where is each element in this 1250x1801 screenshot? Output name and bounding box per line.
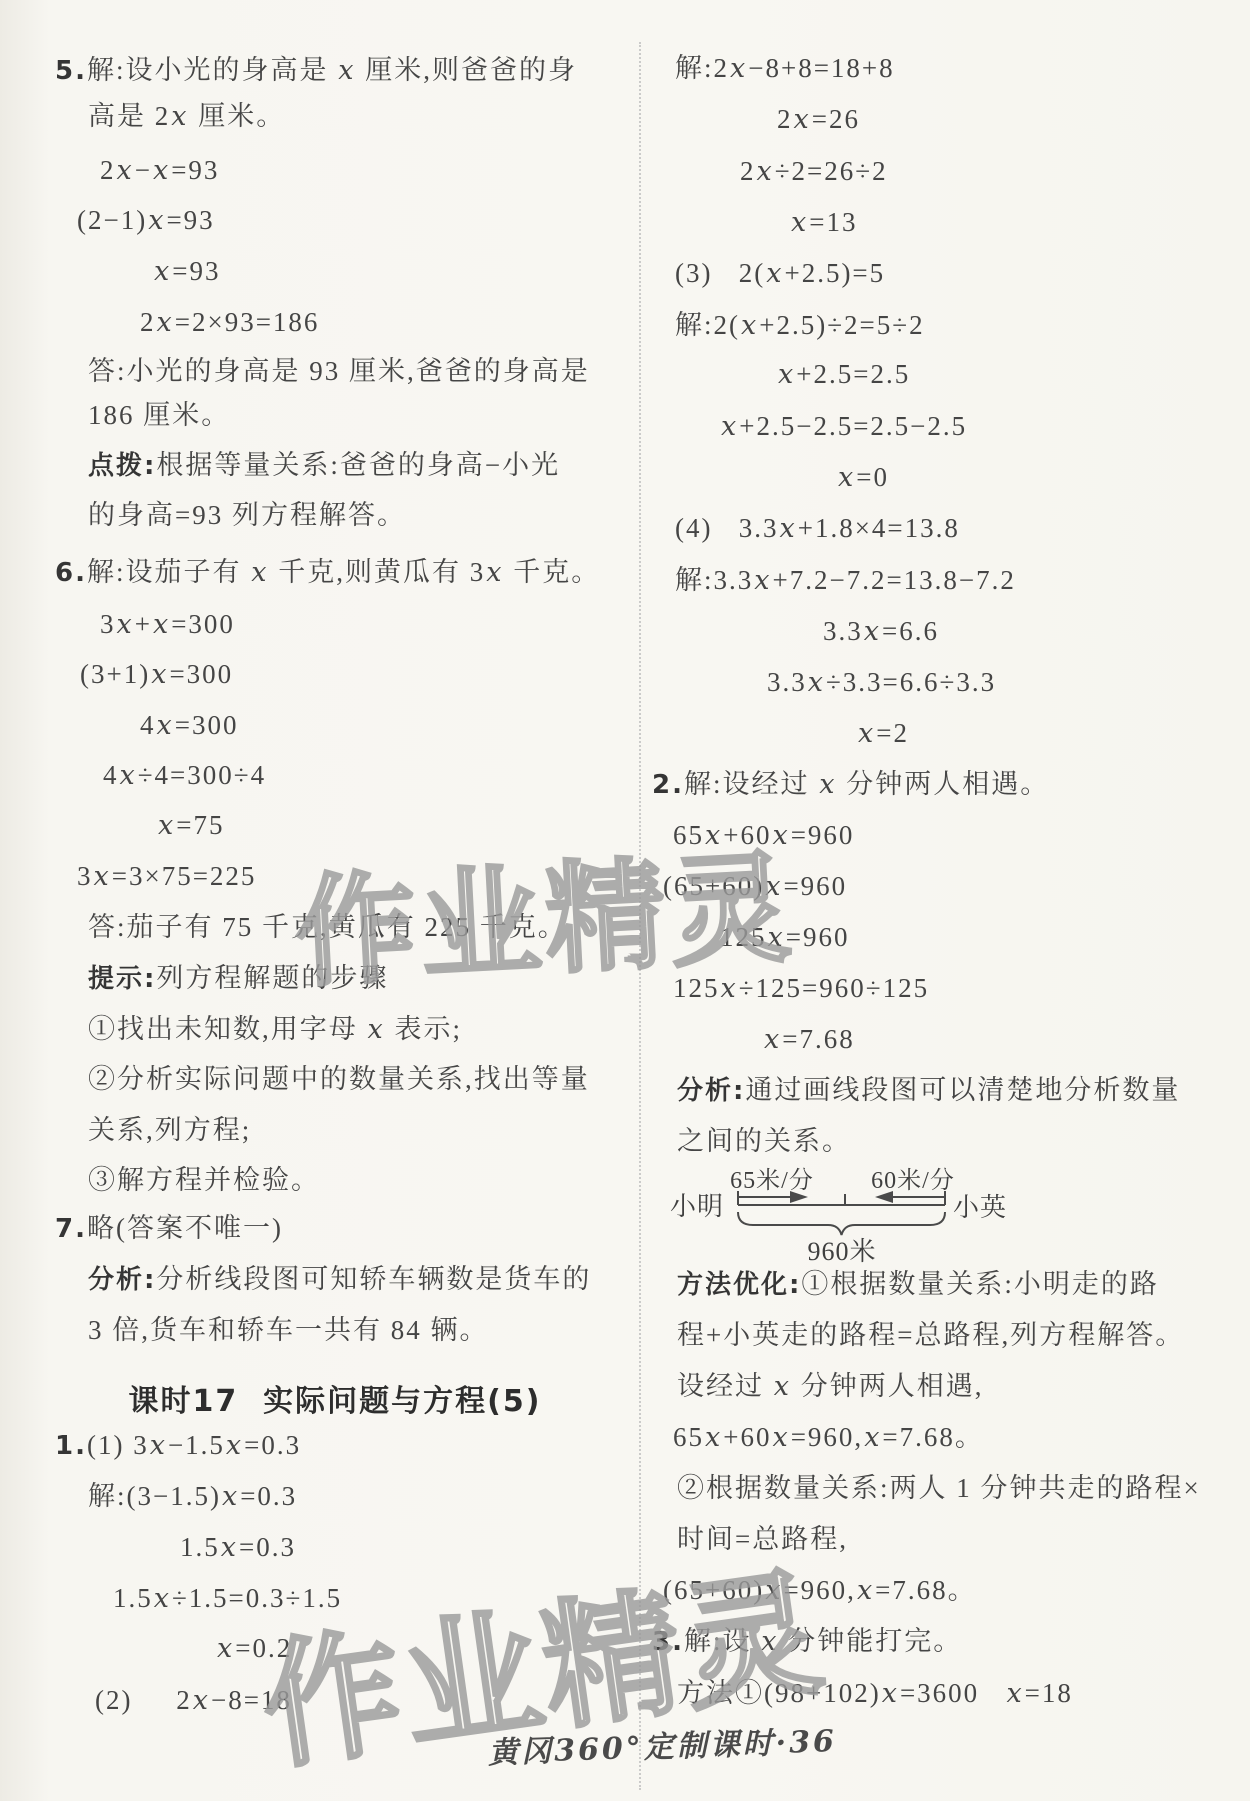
- text-line: 设经过 x 分钟两人相遇,: [677, 1371, 983, 1402]
- line-text: 解:3.3x+7.2−7.2=13.8−7.2: [675, 565, 1016, 595]
- line-label: 2.: [652, 770, 684, 800]
- line-text: 之间的关系。: [677, 1126, 851, 1156]
- text-line: 解:2x−8+8=18+8: [675, 53, 895, 84]
- line-text: x=0.2: [216, 1633, 292, 1663]
- text-line: 分析:通过画线段图可以清楚地分析数量: [677, 1075, 1180, 1107]
- line-text: 的身高=93 列方程解答。: [88, 500, 406, 530]
- line-text: 解:设小光的身高是 x 厘米,则爸爸的身: [87, 55, 577, 85]
- text-line: 的身高=93 列方程解答。: [88, 500, 406, 531]
- text-line: 答:小光的身高是 93 厘米,爸爸的身高是: [88, 356, 590, 387]
- line-text: 解:设 x 分钟能打完。: [684, 1626, 962, 1656]
- person-right-label: 小英: [953, 1193, 1007, 1222]
- line-text: 解:2(x+2.5)÷2=5÷2: [675, 310, 925, 340]
- line-segment-diagram: 65米/分 60米/分 小明 小英 960米: [650, 1158, 1180, 1270]
- text-line: x+2.5=2.5: [777, 359, 910, 390]
- line-text: 65x+60x=960,x=7.68。: [673, 1422, 984, 1452]
- line-text: ①根据数量关系:小明走的路: [801, 1269, 1159, 1299]
- column-divider: [639, 42, 641, 1790]
- text-line: 3x+x=300: [100, 609, 235, 640]
- line-text: 答:小光的身高是 93 厘米,爸爸的身高是: [88, 356, 590, 386]
- text-line: 之间的关系。: [677, 1126, 851, 1157]
- text-line: x=0.2: [216, 1633, 292, 1664]
- line-label: 6.: [55, 558, 87, 588]
- text-line: 7.略(答案不唯一): [55, 1213, 283, 1245]
- line-label: 分析:: [88, 1265, 156, 1295]
- text-line: 2x÷2=26÷2: [740, 156, 888, 187]
- line-text: 列方程解题的步骤: [156, 963, 388, 993]
- line-label: 1.: [55, 1431, 87, 1461]
- line-text: 答:茄子有 75 千克,黄瓜有 225 千克。: [88, 912, 567, 942]
- line-text: x=75: [157, 810, 224, 840]
- line-label: 分析:: [677, 1076, 745, 1106]
- text-line: 125x÷125=960÷125: [673, 973, 929, 1004]
- line-text: 1.5x÷1.5=0.3÷1.5: [113, 1583, 342, 1613]
- text-line: 程+小英走的路程=总路程,列方程解答。: [677, 1320, 1184, 1351]
- line-label: 7.: [55, 1214, 87, 1244]
- text-line: 分析:分析线段图可知轿车辆数是货车的: [88, 1264, 591, 1296]
- text-line: 3.3x÷3.3=6.6÷3.3: [767, 667, 996, 698]
- line-text: 解:2x−8+8=18+8: [675, 53, 895, 83]
- total-brace: [738, 1212, 945, 1235]
- text-line: 1.5x=0.3: [180, 1532, 296, 1563]
- text-line: ②根据数量关系:两人 1 分钟共走的路程×: [677, 1473, 1201, 1504]
- line-text: 时间=总路程,: [677, 1524, 848, 1554]
- text-line: 1.5x÷1.5=0.3÷1.5: [113, 1583, 342, 1614]
- line-text: 高是 2x 厘米。: [88, 101, 285, 131]
- line-text: 4x÷4=300÷4: [103, 760, 266, 790]
- line-text: 解:设经过 x 分钟两人相遇。: [684, 769, 1049, 799]
- text-line: (2−1)x=93: [77, 205, 215, 236]
- text-line: 3 倍,货车和轿车一共有 84 辆。: [88, 1315, 489, 1346]
- text-line: 高是 2x 厘米。: [88, 101, 285, 132]
- text-line: 2x=2×93=186: [140, 307, 319, 338]
- line-text: 125x=960: [720, 922, 849, 952]
- text-line: 关系,列方程;: [88, 1115, 251, 1146]
- text-line: 解:(3−1.5)x=0.3: [88, 1481, 297, 1512]
- text-line: 方法优化:①根据数量关系:小明走的路: [677, 1269, 1159, 1301]
- speed-left-label: 65米/分: [730, 1167, 814, 1194]
- line-text: (65+60)x=960: [663, 871, 847, 901]
- line-text: (1) 3x−1.5x=0.3: [87, 1430, 301, 1460]
- line-text: 设经过 x 分钟两人相遇,: [677, 1371, 983, 1401]
- line-text: x=93: [153, 256, 220, 286]
- text-line: 65x+60x=960: [673, 820, 854, 851]
- text-line: 解:3.3x+7.2−7.2=13.8−7.2: [675, 565, 1016, 596]
- line-text: 3.3x=6.6: [823, 616, 939, 646]
- line-text: ①找出未知数,用字母 x 表示;: [88, 1014, 462, 1044]
- line-label: 点拨:: [88, 451, 156, 481]
- line-text: x=13: [790, 207, 857, 237]
- line-text: x+2.5=2.5: [777, 359, 910, 389]
- text-line: 方法①(98+102)x=3600 x=18: [677, 1678, 1073, 1709]
- text-line: 6.解:设茄子有 x 千克,则黄瓜有 3x 千克。: [55, 557, 600, 589]
- text-line: 3x=3×75=225: [77, 861, 256, 892]
- text-line: 4x÷4=300÷4: [103, 760, 266, 791]
- line-text: ②分析实际问题中的数量关系,找出等量: [88, 1064, 590, 1094]
- line-text: 125x÷125=960÷125: [673, 973, 929, 1003]
- text-line: (65+60)x=960,x=7.68。: [663, 1575, 977, 1606]
- line-text: 分析线段图可知轿车辆数是货车的: [156, 1264, 591, 1294]
- line-text: 3x=3×75=225: [77, 861, 256, 891]
- section-header: 课时17 实际问题与方程(5): [55, 1376, 615, 1420]
- text-line: x=2: [857, 718, 909, 749]
- text-line: ①找出未知数,用字母 x 表示;: [88, 1014, 462, 1045]
- line-text: 1.5x=0.3: [180, 1532, 296, 1562]
- line-text: 2x=2×93=186: [140, 307, 319, 337]
- line-text: 186 厘米。: [88, 400, 230, 430]
- line-label: 3.: [652, 1627, 684, 1657]
- text-line: 5.解:设小光的身高是 x 厘米,则爸爸的身: [55, 55, 577, 87]
- text-line: (2) 2x−8=18: [95, 1685, 292, 1716]
- text-line: 125x=960: [720, 922, 849, 953]
- line-text: 2x−x=93: [100, 155, 219, 185]
- line-text: 65x+60x=960: [673, 820, 854, 850]
- text-line: (3) 2(x+2.5)=5: [675, 258, 885, 289]
- line-text: 通过画线段图可以清楚地分析数量: [745, 1075, 1180, 1105]
- line-text: 解:(3−1.5)x=0.3: [88, 1481, 297, 1511]
- text-line: x=7.68: [763, 1024, 855, 1055]
- text-line: 提示:列方程解题的步骤: [88, 963, 388, 995]
- line-text: 程+小英走的路程=总路程,列方程解答。: [677, 1320, 1184, 1350]
- text-line: 186 厘米。: [88, 400, 230, 431]
- line-text: (4) 3.3x+1.8×4=13.8: [675, 513, 960, 543]
- text-line: 2.解:设经过 x 分钟两人相遇。: [652, 769, 1049, 801]
- total-distance-label: 960米: [807, 1237, 876, 1266]
- line-text: 关系,列方程;: [88, 1115, 251, 1145]
- text-line: 65x+60x=960,x=7.68。: [673, 1422, 984, 1453]
- line-text: 略(答案不唯一): [87, 1213, 283, 1243]
- text-line: x=75: [157, 810, 224, 841]
- text-line: 答:茄子有 75 千克,黄瓜有 225 千克。: [88, 912, 567, 943]
- line-text: (65+60)x=960,x=7.68。: [663, 1575, 977, 1605]
- line-text: (3+1)x=300: [80, 659, 233, 689]
- line-text: 3 倍,货车和轿车一共有 84 辆。: [88, 1315, 489, 1345]
- line-text: ③解方程并检验。: [88, 1165, 320, 1195]
- line-text: 2x=26: [777, 104, 860, 134]
- person-left-label: 小明: [670, 1192, 724, 1221]
- line-text: 根据等量关系:爸爸的身高−小光: [156, 450, 560, 480]
- line-text: (2−1)x=93: [77, 205, 215, 235]
- line-text: x=2: [857, 718, 909, 748]
- text-line: x+2.5−2.5=2.5−2.5: [720, 411, 967, 442]
- line-text: 3.3x÷3.3=6.6÷3.3: [767, 667, 996, 697]
- line-text: (2) 2x−8=18: [95, 1685, 292, 1715]
- page-footer: 黄冈360°定制课时·36: [487, 1716, 837, 1772]
- text-line: ③解方程并检验。: [88, 1165, 320, 1196]
- workbook-page: 5.解:设小光的身高是 x 厘米,则爸爸的身高是 2x 厘米。2x−x=93(2…: [0, 0, 1250, 1801]
- text-line: 点拨:根据等量关系:爸爸的身高−小光: [88, 450, 560, 482]
- line-text: ②根据数量关系:两人 1 分钟共走的路程×: [677, 1473, 1201, 1503]
- speed-right-label: 60米/分: [871, 1167, 955, 1194]
- text-line: ②分析实际问题中的数量关系,找出等量: [88, 1064, 590, 1095]
- text-line: (3+1)x=300: [80, 659, 233, 690]
- line-text: x=7.68: [763, 1024, 855, 1054]
- line-text: 2x÷2=26÷2: [740, 156, 888, 186]
- text-line: x=0: [837, 462, 889, 493]
- text-line: (4) 3.3x+1.8×4=13.8: [675, 513, 960, 544]
- text-line: x=93: [153, 256, 220, 287]
- text-line: 3.解:设 x 分钟能打完。: [652, 1626, 962, 1658]
- line-text: 解:设茄子有 x 千克,则黄瓜有 3x 千克。: [87, 557, 600, 587]
- text-line: 3.3x=6.6: [823, 616, 939, 647]
- text-line: 1.(1) 3x−1.5x=0.3: [55, 1430, 301, 1462]
- text-line: 解:2(x+2.5)÷2=5÷2: [675, 310, 925, 341]
- line-text: x+2.5−2.5=2.5−2.5: [720, 411, 967, 441]
- line-text: (3) 2(x+2.5)=5: [675, 258, 885, 288]
- text-line: 时间=总路程,: [677, 1524, 848, 1555]
- text-line: 4x=300: [140, 710, 238, 741]
- text-line: 2x−x=93: [100, 155, 219, 186]
- line-text: x=0: [837, 462, 889, 492]
- line-text: 方法①(98+102)x=3600 x=18: [677, 1678, 1073, 1708]
- text-line: (65+60)x=960: [663, 871, 847, 902]
- text-line: 2x=26: [777, 104, 860, 135]
- line-label: 方法优化:: [677, 1270, 801, 1300]
- line-text: 4x=300: [140, 710, 238, 740]
- line-label: 5.: [55, 56, 87, 86]
- line-label: 提示:: [88, 964, 156, 994]
- line-text: 3x+x=300: [100, 609, 235, 639]
- text-line: x=13: [790, 207, 857, 238]
